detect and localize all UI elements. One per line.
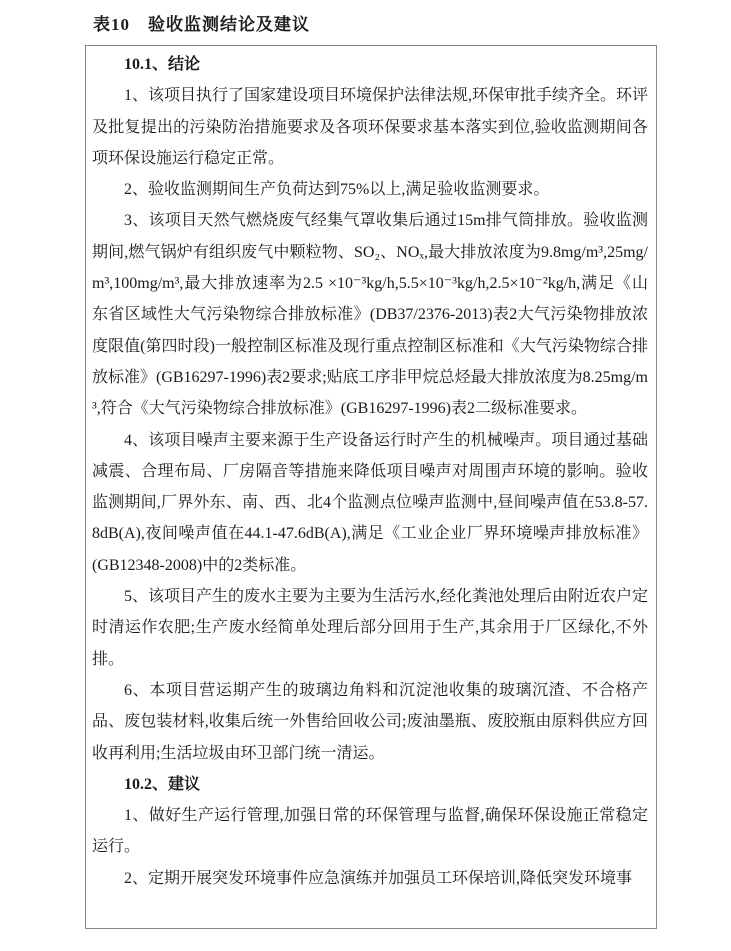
suggestion-paragraph-2: 2、定期开展突发环境事件应急演练并加强员工环保培训,降低突发环境事 [92,863,648,894]
content-box: 10.1、结论 1、该项目执行了国家建设项目环境保护法律法规,环保审批手续齐全。… [85,45,657,929]
conclusion-paragraph-1: 1、该项目执行了国家建设项目环境保护法律法规,环保审批手续齐全。环评及批复提出的… [92,80,648,174]
section-heading-suggestions: 10.2、建议 [92,769,648,800]
conclusion-paragraph-5: 5、该项目产生的废水主要为主要为生活污水,经化粪池处理后由附近农户定时清运作农肥… [92,581,648,675]
suggestion-paragraph-1: 1、做好生产运行管理,加强日常的环保管理与监督,确保环保设施正常稳定运行。 [92,800,648,863]
conclusion-paragraph-6: 6、本项目营运期产生的玻璃边角料和沉淀池收集的玻璃沉渣、不合格产品、废包装材料,… [92,675,648,769]
document-page: 表10 验收监测结论及建议 10.1、结论 1、该项目执行了国家建设项目环境保护… [0,0,731,951]
page-title: 表10 验收监测结论及建议 [93,10,310,35]
section-heading-conclusion: 10.1、结论 [92,49,648,80]
conclusion-paragraph-2: 2、验收监测期间生产负荷达到75%以上,满足验收监测要求。 [92,174,648,205]
conclusion-paragraph-4: 4、该项目噪声主要来源于生产设备运行时产生的机械噪声。项目通过基础减震、合理布局… [92,425,648,581]
conclusion-paragraph-3: 3、该项目天然气燃烧废气经集气罩收集后通过15m排气筒排放。验收监测期间,燃气锅… [92,205,648,424]
